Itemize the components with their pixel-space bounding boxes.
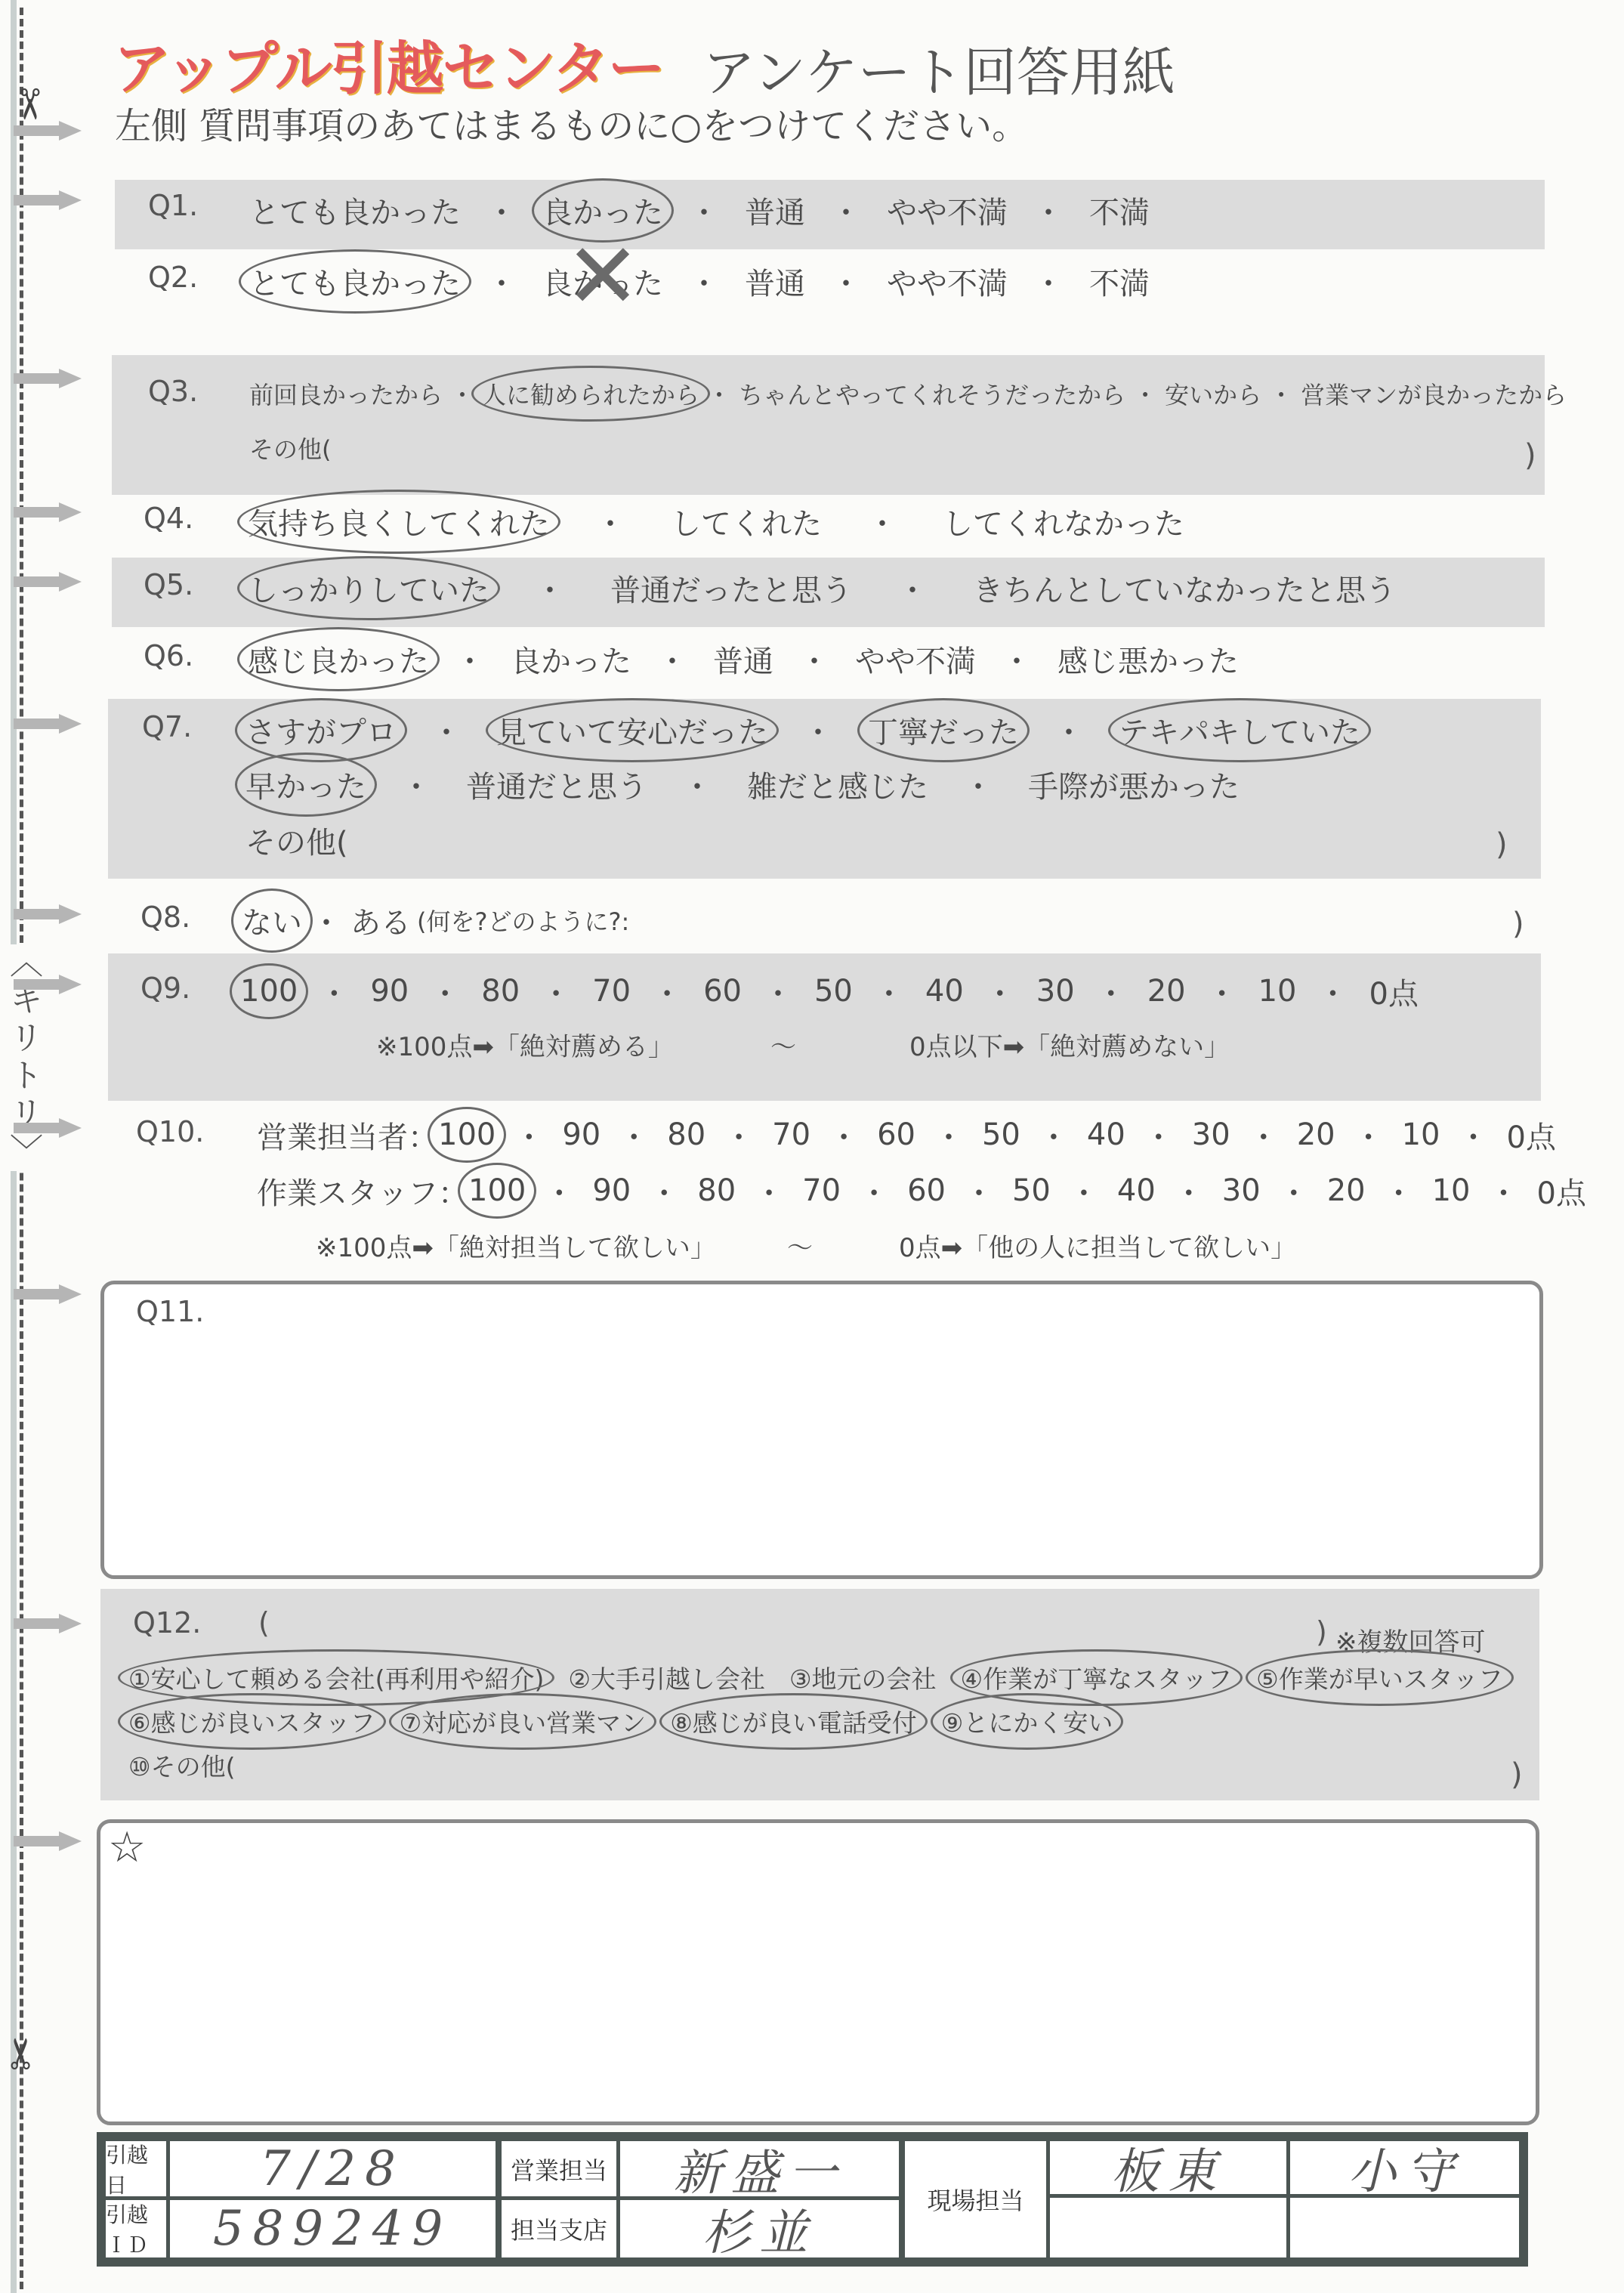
q7-option[interactable]: 普通だと思う [466,763,647,806]
q7-options-row1: さすがプロ・ 見ていて安心だった・ 丁寧だった・ テキパキしていた [245,707,1360,752]
q7-options-row2: 早かった・ 普通だと思う・ 雑だと感じた・ 手際が悪かった [245,762,1240,807]
q10-sales-label: 営業担当者： [257,1114,438,1157]
q10-staff-score[interactable]: 50 [1012,1173,1051,1208]
q3-other-input[interactable] [378,432,1511,465]
q10-staff-score-selected[interactable]: 100 [468,1173,526,1208]
q8-detail-prompt: (何を?どのように?: [417,903,629,938]
q8-detail-input[interactable] [680,902,1503,940]
branch-label: 担当支店 [502,2200,616,2257]
arrow-icon [14,121,82,139]
q7-option-selected[interactable]: 見ていて安心だった [496,709,768,752]
q10-sales-score[interactable]: 50 [982,1117,1020,1152]
q10-sales-score[interactable]: 20 [1297,1117,1335,1152]
q6-options: 感じ良かった・ 良かった・ 普通・ やや不満・ 感じ悪かった [248,636,1239,681]
q12-option-selected[interactable]: ⑧感じが良い電話受付 [670,1704,917,1739]
q10-note-left: ※100点➡「絶対担当して欲しい」 [316,1227,716,1264]
instructions: 左側 質問事項のあてはまるものに○をつけてください。 [115,97,1028,149]
arrow-icon [14,369,82,387]
arrow-icon [14,1118,82,1136]
q9-score[interactable]: 30 [1036,974,1075,1009]
q9-label: Q9. [140,972,190,1005]
q4-option[interactable]: してくれた [671,500,822,543]
q10-staff-score[interactable]: 40 [1117,1173,1156,1208]
q1-option[interactable]: 不満 [1089,189,1150,232]
q9-score[interactable]: 10 [1258,974,1297,1009]
arrow-icon [14,502,82,521]
q7-other-label: その他( [245,819,348,861]
q8-option-selected[interactable]: ない [242,899,302,942]
q12-paren-close: ) [1316,1615,1327,1649]
q9-score-selected[interactable]: 100 [240,974,298,1009]
arrow-icon [14,1614,82,1632]
q3-other-label: その他( [249,431,332,465]
q10-sales-score[interactable]: 30 [1192,1117,1230,1152]
q11-answer-box[interactable]: Q11. [100,1281,1543,1579]
q3-option-selected[interactable]: 人に勧められたから [482,376,699,411]
q7-option[interactable]: 雑だと感じた [747,763,928,806]
q2-option-selected[interactable]: とても良かった [249,260,461,303]
q6-option[interactable]: 普通 [713,638,773,681]
q3-options: 前回良かったから・ 人に勧められたから・ ちゃんとやってくれそうだったから・ 安… [249,375,1567,413]
q10-staff-scale: 作業スタッフ： 100・ 90・ 80・ 70・ 60・ 50・ 40・ 30・… [257,1168,1586,1213]
q6-option[interactable]: 感じ悪かった [1057,638,1239,681]
q10-sales-score-selected[interactable]: 100 [438,1117,496,1152]
branch-value[interactable]: 杉並 [620,2200,899,2257]
q6-option[interactable]: 良かった [511,638,631,681]
move-date-value[interactable]: 7/28 [170,2141,495,2196]
q12-option[interactable]: ②大手引越し会社 [568,1660,765,1695]
q10-staff-label: 作業スタッフ： [257,1170,468,1213]
q10-staff-score[interactable]: 60 [907,1173,946,1208]
table-divider [496,2141,502,2257]
form-title: アンケート回答用紙 [702,30,1175,107]
q10-staff-score[interactable]: 70 [802,1173,841,1208]
q9-note-right: 0点以下➡「絶対薦めない」 [909,1026,1230,1063]
site-staff-value-3[interactable] [1050,2198,1286,2257]
q12-other-label: ⑩その他( [128,1747,235,1783]
q7-option-selected[interactable]: 丁寧だった [868,709,1019,752]
q1-options: とても良かった・ 良かった・ 普通・ やや不満・ 不満 [249,187,1150,233]
q5-option[interactable]: きちんとしていなかったと思う [973,567,1396,610]
q9-score[interactable]: 40 [925,974,964,1009]
q10-sales-score[interactable]: 80 [667,1117,705,1152]
q7-label: Q7. [142,710,192,743]
q10-sales-score[interactable]: 70 [772,1117,810,1152]
q10-note-right: 0点➡「他の人に担当して欲しい」 [899,1227,1296,1264]
q8-label: Q8. [140,901,190,934]
arrow-icon [14,904,82,922]
q5-label: Q5. [144,568,193,601]
footer-info-table: 引越日 7/28 引越ＩＤ 589249 営業担当 新盛一 担当支店 杉並 現場… [97,2132,1528,2267]
q5-option[interactable]: 普通だったと思う [610,567,852,610]
q12-option-selected[interactable]: ⑤作業が早いスタッフ [1256,1660,1503,1695]
q1-label: Q1. [148,189,198,222]
q12-other-close: ) [1511,1757,1523,1792]
arrow-icon [14,190,82,209]
q10-staff-score[interactable]: 20 [1327,1173,1366,1208]
q2-option[interactable]: やや不満 [887,260,1008,303]
q2-label: Q2. [148,261,198,294]
q7-option-selected[interactable]: テキパキしていた [1119,709,1360,752]
q1-option[interactable]: 普通 [745,189,805,232]
move-id-value[interactable]: 589249 [170,2200,495,2257]
q7-option-selected[interactable]: さすがプロ [245,709,397,752]
q8-option[interactable]: ある [350,899,411,942]
scissors-icon: ✂ [7,87,49,122]
q12-options-row1: ①安心して頼める会社(再利用や紹介) ②大手引越し会社 ③地元の会社 ④作業が丁… [128,1659,1503,1695]
q8-options: ない・ ある (何を?どのように?: [242,898,629,943]
brand-title: アップル引越センター [113,23,664,105]
q12-option-selected[interactable]: ⑦対応が良い営業マン [400,1704,647,1739]
q12-ranking-input[interactable] [279,1608,1307,1644]
table-divider [899,2141,905,2257]
q9-note-left: ※100点➡「絶対薦める」 [376,1026,674,1063]
q12-options-row2: ⑥感じが良いスタッフ ⑦対応が良い営業マン ⑧感じが良い電話受付 ⑨とにかく安い [128,1703,1113,1739]
q9-scale: 100・ 90・ 80・ 70・ 60・ 50・ 40・ 30・ 20・ 10・… [240,969,1419,1014]
q9-score[interactable]: 20 [1147,974,1186,1009]
q7-other-close: ) [1496,827,1508,862]
q1-option[interactable]: とても良かった [249,189,461,232]
q10-sales-score[interactable]: 60 [877,1117,915,1152]
q8-detail-close: ) [1512,907,1524,941]
q3-label: Q3. [148,375,198,408]
q11-label: Q11. [136,1295,204,1328]
q10-sales-score[interactable]: 0点 [1507,1114,1556,1157]
q12-option-selected[interactable]: ④作業が丁寧なスタッフ [961,1660,1233,1695]
q5-options: しっかりしていた・ 普通だったと思う・ きちんとしていなかったと思う [248,565,1396,610]
q2-option[interactable]: 不満 [1089,260,1150,303]
q10-staff-score[interactable]: 0点 [1537,1170,1586,1213]
star-icon: ☆ [108,1823,146,1872]
move-id-label: 引越ＩＤ [106,2200,166,2257]
q9-score[interactable]: 50 [814,974,853,1009]
free-comment-box[interactable]: ☆ [97,1819,1539,2125]
q3-option[interactable]: 安いから [1165,376,1261,411]
q10-staff-score[interactable]: 30 [1222,1173,1261,1208]
q3-option[interactable]: 営業マンが良かったから [1301,376,1567,411]
q10-sales-score[interactable]: 40 [1087,1117,1125,1152]
q1-option[interactable]: やや不満 [887,189,1008,232]
q12-option-selected[interactable]: ①安心して頼める会社(再利用や紹介) [128,1660,544,1695]
q9-note-tilde: 〜 [770,1026,796,1063]
q10-staff-score[interactable]: 80 [697,1173,736,1208]
q12-option-selected[interactable]: ⑥感じが良いスタッフ [128,1704,375,1739]
q12-option[interactable]: ③地元の会社 [789,1660,937,1695]
arrow-icon [14,975,82,993]
q4-label: Q4. [144,502,193,535]
q10-staff-score[interactable]: 10 [1432,1173,1471,1208]
q10-sales-score[interactable]: 10 [1402,1117,1440,1152]
site-staff-value-1[interactable]: 板東 [1050,2141,1286,2194]
site-staff-value-2[interactable]: 小守 [1290,2141,1521,2194]
site-staff-value-4[interactable] [1290,2198,1521,2257]
q4-option-selected[interactable]: 気持ち良くしてくれた [248,500,550,543]
q10-sales-score[interactable]: 90 [562,1117,601,1152]
q3-other-close: ) [1524,438,1536,473]
q6-option[interactable]: やや不満 [855,638,976,681]
q2-option-crossed[interactable]: 良かった [542,260,663,303]
q12-other-input[interactable] [257,1748,1503,1783]
q3-option[interactable]: 前回良かったから [249,376,443,411]
q2-options: とても良かった・ 良かった・ 普通・ やや不満・ 不満 [249,258,1150,304]
sales-rep-label: 営業担当 [502,2141,616,2196]
move-date-label: 引越日 [106,2141,166,2196]
q6-label: Q6. [144,639,193,672]
q12-label: Q12. [133,1606,201,1639]
q9-score[interactable]: 80 [481,974,520,1009]
q10-note-tilde: 〜 [787,1227,813,1264]
q10-sales-scale: 営業担当者： 100・ 90・ 80・ 70・ 60・ 50・ 40・ 30・ … [257,1112,1556,1157]
q3-option[interactable]: ちゃんとやってくれそうだったから [739,376,1125,411]
q7-option-selected[interactable]: 早かった [245,763,366,806]
q2-option[interactable]: 普通 [745,260,805,303]
q10-label: Q10. [136,1115,204,1148]
q4-option[interactable]: してくれなかった [943,500,1184,543]
q9-score[interactable]: 70 [592,974,631,1009]
q9-score[interactable]: 0点 [1369,970,1419,1013]
q7-other-input[interactable] [370,822,1488,860]
q4-options: 気持ち良くしてくれた・ してくれた・ してくれなかった [248,499,1184,544]
arrow-icon [14,572,82,590]
q12-option-selected[interactable]: ⑨とにかく安い [941,1704,1113,1739]
arrow-icon [14,714,82,732]
q6-option-selected[interactable]: 感じ良かった [248,638,429,681]
q7-option[interactable]: 手際が悪かった [1028,763,1240,806]
sales-rep-value[interactable]: 新盛一 [620,2141,899,2196]
scissors-icon: ✂ [1,2036,43,2072]
arrow-icon [14,1831,82,1850]
q5-option-selected[interactable]: しっかりしていた [248,567,489,610]
site-staff-label: 現場担当 [905,2141,1046,2257]
arrow-icon [14,1284,82,1303]
q9-score[interactable]: 90 [370,974,409,1009]
q12-paren-open: ( [258,1606,270,1639]
q9-score[interactable]: 60 [703,974,742,1009]
q10-staff-score[interactable]: 90 [592,1173,631,1208]
